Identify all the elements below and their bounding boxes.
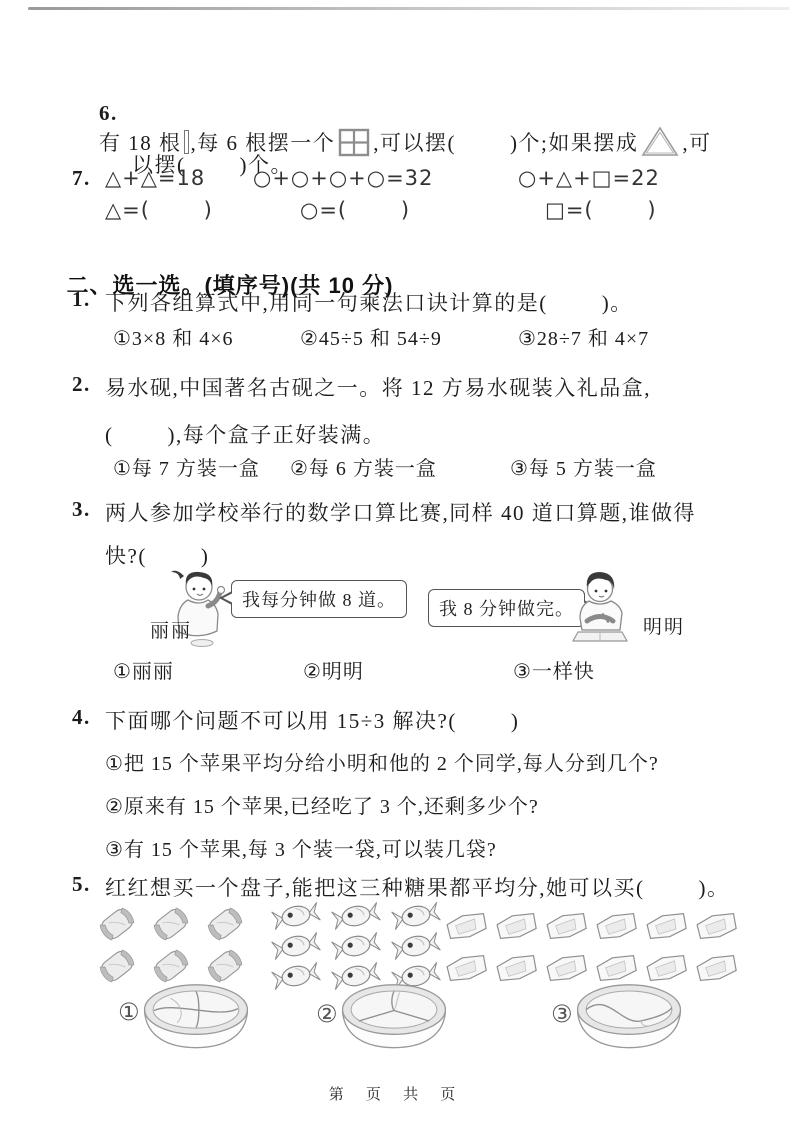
question-4-text: 下面哪个问题不可以用 15÷3 解决?( ) bbox=[105, 705, 519, 735]
q1-option-3: ③28÷7 和 4×7 bbox=[518, 322, 649, 351]
q1-option-1: ①3×8 和 4×6 bbox=[113, 322, 234, 351]
girl-name-label: 丽丽 bbox=[150, 616, 192, 643]
flat-candy bbox=[642, 905, 692, 947]
twist-candy bbox=[266, 931, 326, 961]
q1-option-2: ②45÷5 和 54÷9 bbox=[300, 322, 442, 351]
q7-answer-blank-1: △=( ) bbox=[105, 198, 213, 222]
question-3-line-2: 快?( ) bbox=[105, 540, 209, 570]
boy-illustration bbox=[567, 568, 635, 650]
pillow-candy-group bbox=[90, 903, 252, 987]
flat-candy bbox=[492, 947, 542, 989]
question-3-number: 3. bbox=[72, 497, 91, 522]
boy-speech-bubble: 我 8 分钟做完。 bbox=[428, 589, 585, 627]
q4-option-2: ②原来有 15 个苹果,已经吃了 3 个,还剩多少个? bbox=[105, 790, 539, 819]
twist-candy bbox=[386, 901, 446, 931]
question-4-number: 4. bbox=[72, 705, 91, 730]
q2-option-1: ①每 7 方装一盒 bbox=[113, 452, 260, 481]
scan-edge-line bbox=[28, 7, 790, 10]
q3-option-1: ①丽丽 bbox=[113, 655, 174, 684]
pillow-candy bbox=[90, 903, 144, 945]
flat-candy bbox=[542, 905, 592, 947]
question-7-number: 7. bbox=[72, 166, 91, 191]
q3-option-3: ③一样快 bbox=[513, 655, 595, 684]
q7-equation-1: △+△=18 bbox=[105, 166, 205, 190]
question-2-number: 2. bbox=[72, 372, 91, 397]
flat-candy bbox=[692, 947, 742, 989]
q7-answer-blank-3: □=( ) bbox=[545, 198, 657, 222]
page-footer: 第 页 共 页 bbox=[0, 1083, 793, 1104]
boy-name-label: 明明 bbox=[643, 612, 685, 639]
q2-option-2: ②每 6 方装一盒 bbox=[290, 452, 437, 481]
plate-3-label: ③ bbox=[551, 1000, 573, 1028]
flat-candy-group bbox=[442, 905, 742, 989]
plate-2-three-sections bbox=[336, 981, 452, 1061]
twist-candy bbox=[386, 931, 446, 961]
flat-candy bbox=[692, 905, 742, 947]
q4-option-1: ①把 15 个苹果平均分给小明和他的 2 个同学,每人分到几个? bbox=[105, 747, 659, 776]
q7-equation-3: ○+△+□=22 bbox=[518, 166, 660, 190]
question-1-number: 1. bbox=[72, 287, 91, 312]
twist-candy bbox=[266, 961, 326, 991]
pillow-candy bbox=[198, 903, 252, 945]
question-2-line-1: 易水砚,中国著名古砚之一。将 12 方易水砚装入礼品盒, bbox=[105, 372, 651, 402]
question-1-text: 下列各组算式中,用同一句乘法口诀计算的是( )。 bbox=[105, 287, 633, 317]
question-2-line-2: ( ),每个盒子正好装满。 bbox=[105, 419, 385, 449]
question-5-number: 5. bbox=[72, 872, 91, 897]
flat-candy bbox=[492, 905, 542, 947]
twist-candy bbox=[326, 901, 386, 931]
pillow-candy bbox=[144, 903, 198, 945]
plate-3-two-sections bbox=[571, 981, 687, 1061]
twist-candy-group bbox=[266, 901, 446, 991]
pillow-candy bbox=[90, 945, 144, 987]
worksheet-page: 6. 有 18 根,每 6 根摆一个,可以摆( )个;如果摆成,可 以摆( )个… bbox=[0, 0, 793, 1122]
q7-equation-2: ○+○+○+○=32 bbox=[253, 166, 433, 190]
flat-candy bbox=[442, 905, 492, 947]
window-grid-icon bbox=[338, 128, 370, 163]
twist-candy bbox=[326, 931, 386, 961]
question-3-line-1: 两人参加学校举行的数学口算比赛,同样 40 道口算题,谁做得 bbox=[105, 497, 696, 527]
twist-candy bbox=[266, 901, 326, 931]
flat-candy bbox=[592, 905, 642, 947]
q2-option-3: ③每 5 方装一盒 bbox=[510, 452, 657, 481]
triangle-icon bbox=[641, 126, 679, 163]
plate-1-label: ① bbox=[118, 998, 140, 1026]
q7-answer-blank-2: ○=( ) bbox=[300, 198, 410, 222]
q3-option-2: ②明明 bbox=[303, 655, 364, 684]
question-5-text: 红红想买一个盘子,能把这三种糖果都平均分,她可以买( )。 bbox=[105, 872, 729, 902]
plate-2-label: ② bbox=[316, 1000, 338, 1028]
plate-1-four-sections bbox=[138, 981, 254, 1061]
girl-speech-bubble: 我每分钟做 8 道。 bbox=[231, 580, 407, 618]
q4-option-3: ③有 15 个苹果,每 3 个装一袋,可以装几袋? bbox=[105, 833, 497, 862]
question-6-line-2: 以摆( )个。 bbox=[105, 124, 293, 204]
question-6-number: 6. bbox=[99, 101, 118, 125]
